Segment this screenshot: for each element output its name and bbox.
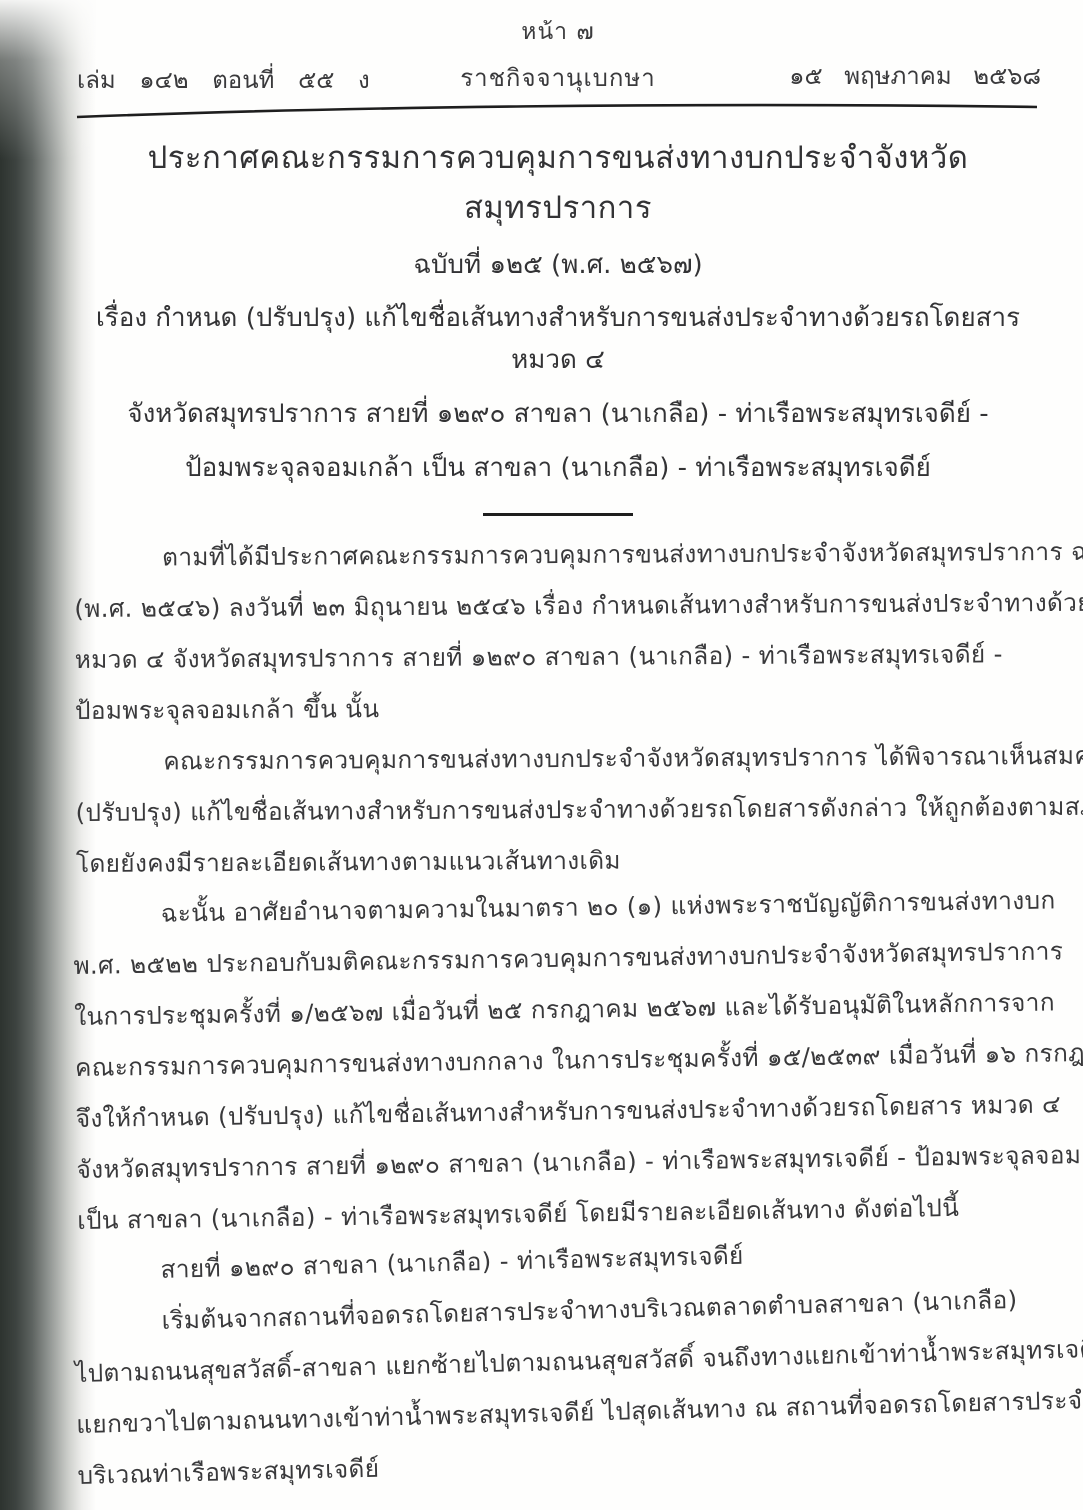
doc-line: (พ.ศ. ๒๕๔๖) ลงวันที่ ๒๓ มิถุนายน ๒๕๔๖ เร… xyxy=(74,577,1040,634)
title-block: ประกาศคณะกรรมการควบคุมการขนส่งทางบกประจำ… xyxy=(75,132,1041,489)
publication-date: ๑๕ พฤษภาคม ๒๕๖๘ xyxy=(789,56,1041,95)
doc-line: หมวด ๔ จังหวัดสมุทรปราการ สายที่ ๑๒๙๐ สา… xyxy=(75,628,1041,685)
gazette-scanned-page: หน้า ๗ เล่ม ๑๔๒ ตอนที่ ๕๕ ง ราชกิจจานุเบ… xyxy=(0,0,1083,1510)
masthead: เล่ม ๑๔๒ ตอนที่ ๕๕ ง ราชกิจจานุเบกษา ๑๕ … xyxy=(75,60,1041,94)
paragraph-group-3: สายที่ ๑๒๙๐ สาขลา (นาเกลือ) - ท่าเรือพระ… xyxy=(72,1222,1044,1501)
announcement-title: ประกาศคณะกรรมการควบคุมการขนส่งทางบกประจำ… xyxy=(75,132,1041,232)
page-content: หน้า ๗ เล่ม ๑๔๒ ตอนที่ ๕๕ ง ราชกิจจานุเบ… xyxy=(75,10,1041,1501)
doc-line: คณะกรรมการควบคุมการขนส่งทางบกประจำจังหวั… xyxy=(75,730,1041,787)
doc-line: (ปรับปรุง) แก้ไขชื่อเส้นทางสำหรับการขนส่… xyxy=(75,781,1041,838)
document-body: ตามที่ได้มีประกาศคณะกรรมการควบคุมการขนส่… xyxy=(75,532,1041,1501)
doc-line: ป้อมพระจุลจอมเกล้า ขึ้น นั้น xyxy=(75,679,1041,736)
header-rule xyxy=(75,100,1041,122)
announcement-number: ฉบับที่ ๑๒๕ (พ.ศ. ๒๕๖๗) xyxy=(75,244,1041,285)
doc-line: ตามที่ได้มีประกาศคณะกรรมการควบคุมการขนส่… xyxy=(74,526,1040,583)
subject-line-3: ป้อมพระจุลจอมเกล้า เป็น สาขลา (นาเกลือ) … xyxy=(75,447,1041,489)
subject-line-2: จังหวัดสมุทรปราการ สายที่ ๑๒๙๐ สาขลา (นา… xyxy=(75,393,1041,435)
paragraph-group-1: ตามที่ได้มีประกาศคณะกรรมการควบคุมการขนส่… xyxy=(74,526,1042,889)
section-divider xyxy=(483,513,633,516)
subject-line-1: เรื่อง กำหนด (ปรับปรุง) แก้ไขชื่อเส้นทาง… xyxy=(75,297,1041,381)
paragraph-group-2: ฉะนั้น อาศัยอำนาจตามความในมาตรา ๒๐ (๑) แ… xyxy=(72,875,1043,1246)
page-number: หน้า ๗ xyxy=(75,14,1041,50)
